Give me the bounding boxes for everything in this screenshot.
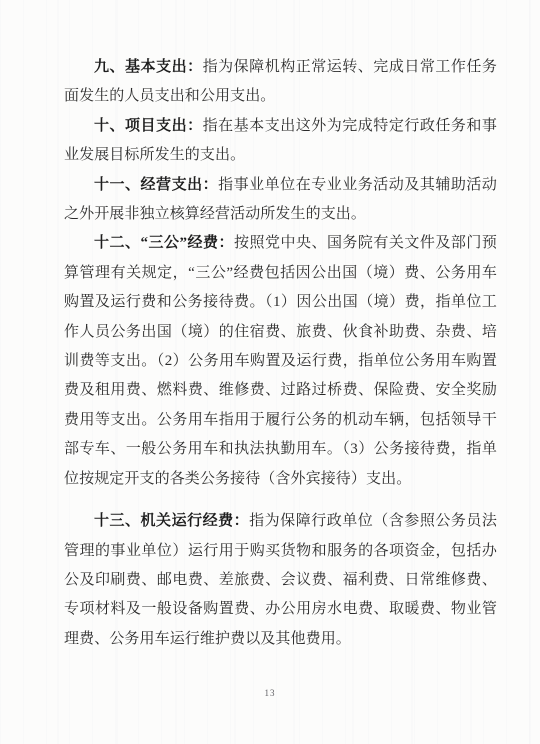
paragraph-heading: 九、基本支出： xyxy=(94,59,203,75)
page-number: 13 xyxy=(0,688,540,698)
paragraph-body: 指为保障行政单位（含参照公务员法管理的事业单位）运行用于购买货物和服务的各项资金… xyxy=(64,513,497,647)
paragraph-operating-expenditure: 十一、经营支出：指事业单位在专业业务活动及其辅助活动之外开展非独立核算经营活动所… xyxy=(64,171,497,230)
document-page: 九、基本支出：指为保障机构正常运转、完成日常工作任务面发生的人员支出和公用支出。… xyxy=(64,53,497,654)
paragraph-heading: 十一、经营支出： xyxy=(94,177,218,193)
paragraph-heading: 十三、机关运行经费： xyxy=(94,513,249,529)
paragraph-agency-operating-funds: 十三、机关运行经费：指为保障行政单位（含参照公务员法管理的事业单位）运行用于购买… xyxy=(64,507,497,654)
paragraph-basic-expenditure: 九、基本支出：指为保障机构正常运转、完成日常工作任务面发生的人员支出和公用支出。 xyxy=(64,53,497,112)
paragraph-body: 按照党中央、国务院有关文件及部门预算管理有关规定，“三公”经费包括因公出国（境）… xyxy=(64,235,497,486)
paragraph-heading: 十二、“三公”经费： xyxy=(94,235,234,251)
paragraph-heading: 十、项目支出： xyxy=(94,118,203,134)
paragraph-project-expenditure: 十、项目支出：指在基本支出这外为完成特定行政任务和事业发展目标所发生的支出。 xyxy=(64,112,497,171)
paragraph-three-public-funds: 十二、“三公”经费：按照党中央、国务院有关文件及部门预算管理有关规定，“三公”经… xyxy=(64,229,497,494)
